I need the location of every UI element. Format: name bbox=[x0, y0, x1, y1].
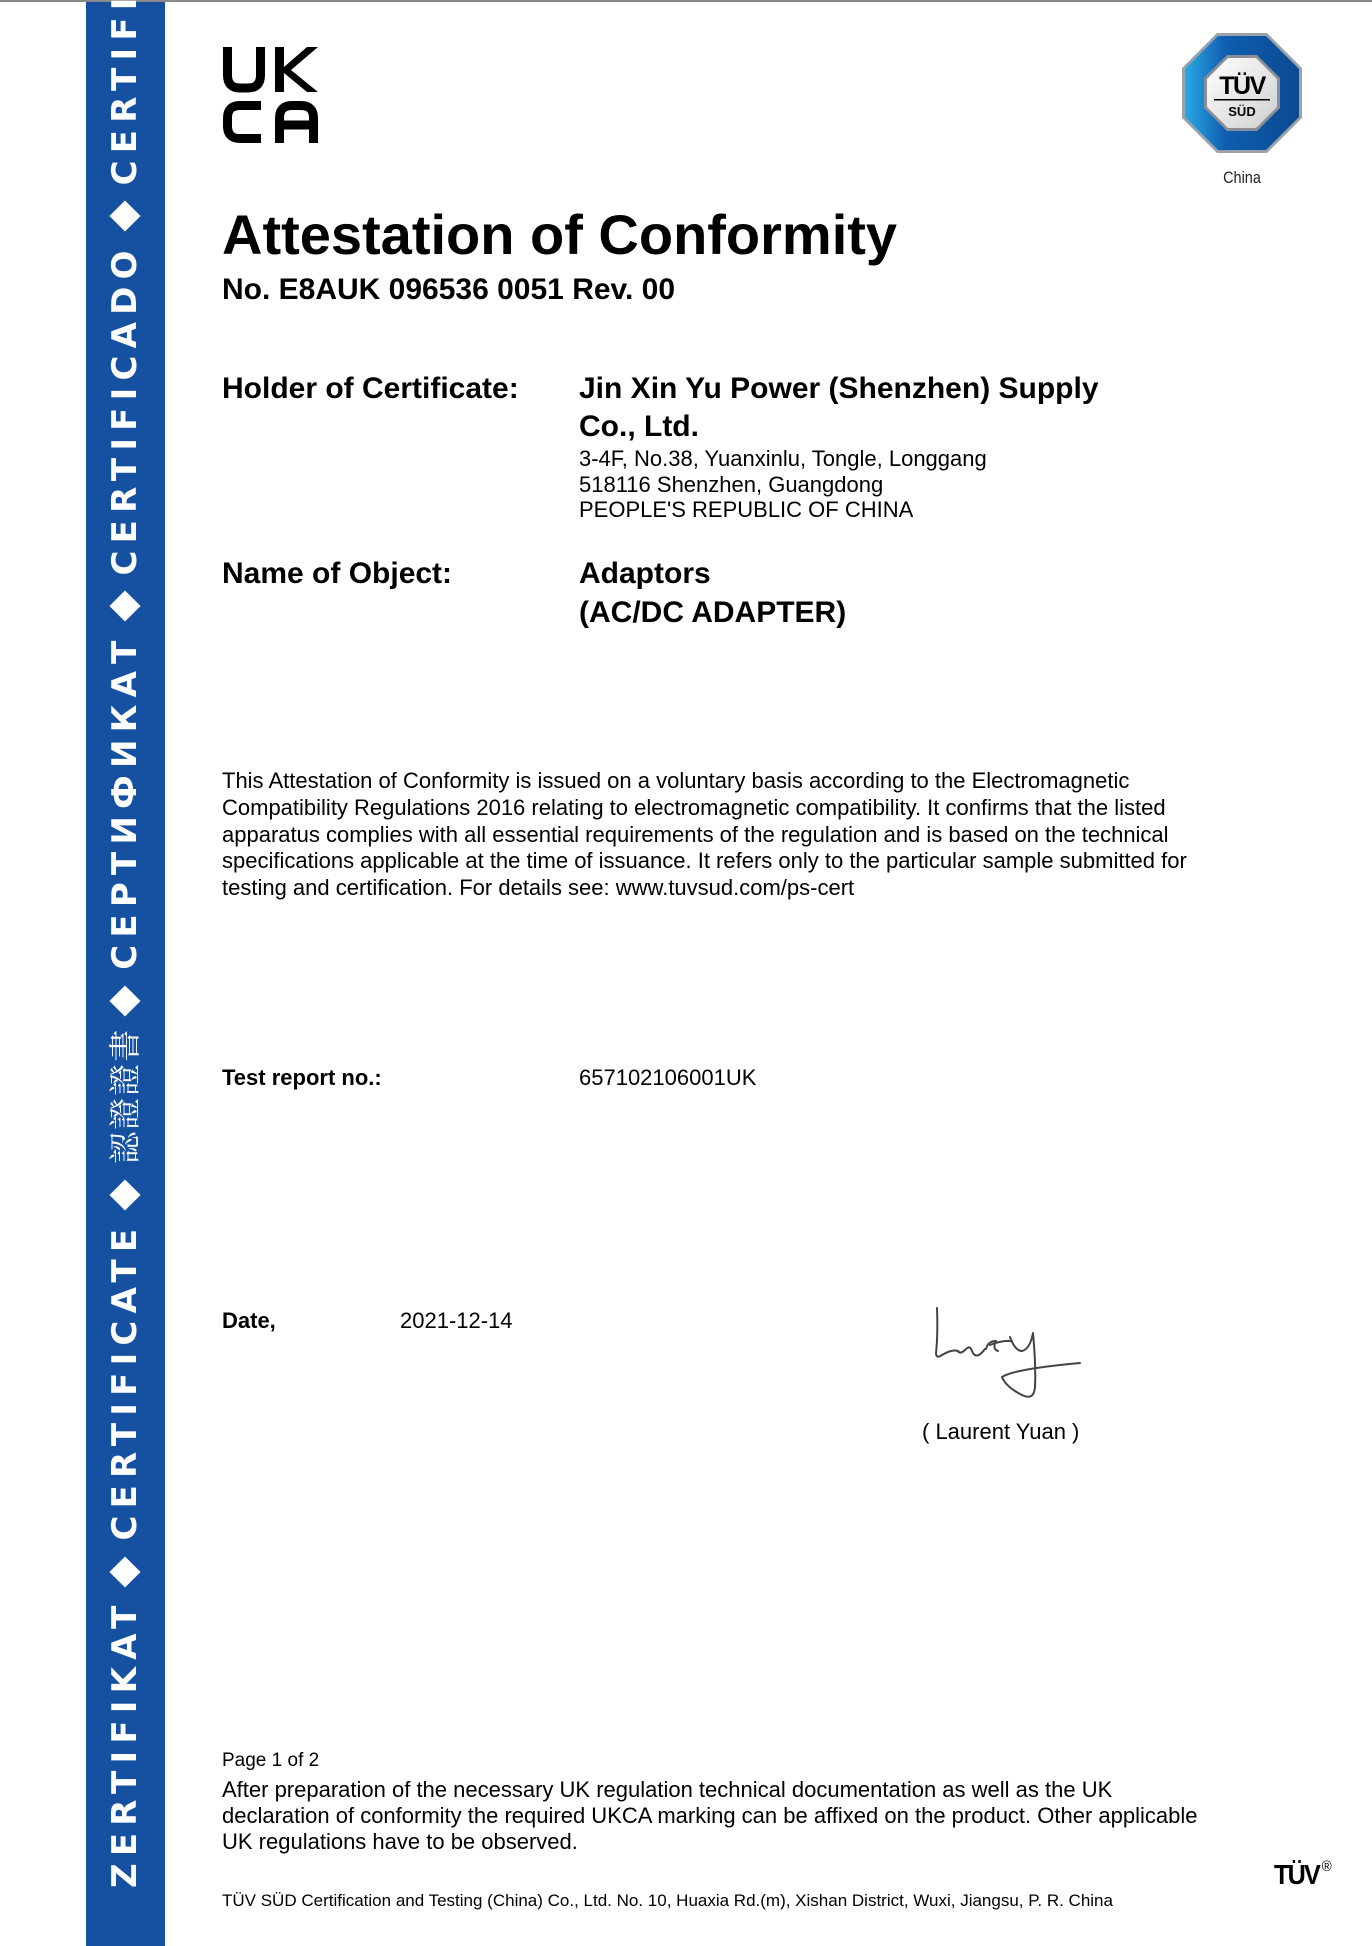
object-name-line2: (AC/DC ADAPTER) bbox=[579, 594, 846, 632]
diamond-icon bbox=[109, 985, 140, 1016]
band-word-russian: СЕРТИФИКАТ bbox=[105, 634, 145, 970]
signatory-name: ( Laurent Yuan ) bbox=[922, 1418, 1079, 1446]
holder-address-line2: 518116 Shenzhen, Guangdong bbox=[579, 472, 883, 498]
tuv-region-label: China bbox=[1206, 168, 1277, 188]
object-name-line1: Adaptors bbox=[579, 555, 711, 593]
date-label: Date, bbox=[222, 1308, 276, 1334]
statement-link-line: testing and certification. For details s… bbox=[222, 875, 1302, 902]
tuv-footer-mark-icon: TÜV® bbox=[1274, 1852, 1332, 1890]
object-label: Name of Object: bbox=[222, 556, 452, 592]
diamond-icon bbox=[109, 1556, 140, 1587]
signature-icon bbox=[930, 1305, 1085, 1405]
test-report-number: 657102106001UK bbox=[579, 1065, 756, 1091]
top-border bbox=[0, 0, 1372, 2]
ukca-marking-note: After preparation of the necessary UK re… bbox=[222, 1777, 1302, 1855]
tuv-sud-logo-icon: TÜV SÜD bbox=[1181, 32, 1303, 154]
conformity-statement: This Attestation of Conformity is issued… bbox=[222, 768, 1302, 902]
issuer-address: TÜV SÜD Certification and Testing (China… bbox=[222, 1890, 1113, 1912]
band-word-certificate: CERTIFICATE bbox=[105, 1222, 145, 1541]
holder-name-line1: Jin Xin Yu Power (Shenzhen) Supply bbox=[579, 370, 1099, 408]
holder-address-line3: PEOPLE'S REPUBLIC OF CHINA bbox=[579, 497, 913, 523]
diamond-icon bbox=[109, 201, 140, 232]
holder-address-line1: 3-4F, No.38, Yuanxinlu, Tongle, Longgang bbox=[579, 446, 987, 472]
diamond-icon bbox=[109, 1179, 140, 1210]
band-word-zertifikat: ZERTIFIKAT bbox=[105, 1599, 145, 1888]
side-band-text: ZERTIFIKATCERTIFICATE認證證書СЕРТИФИКАТCERTI… bbox=[105, 0, 145, 1888]
band-word-chinese: 認證證書 bbox=[106, 1028, 144, 1164]
band-word-certificat: CERTIFICAT bbox=[105, 0, 145, 185]
svg-text:TÜV: TÜV bbox=[1219, 71, 1266, 100]
diamond-icon bbox=[109, 591, 140, 622]
page-number: Page 1 of 2 bbox=[222, 1750, 319, 1772]
svg-text:SÜD: SÜD bbox=[1228, 104, 1255, 119]
test-report-label: Test report no.: bbox=[222, 1065, 382, 1091]
band-word-certificado: CERTIFICADO bbox=[105, 243, 145, 575]
document-title: Attestation of Conformity bbox=[222, 203, 897, 267]
date-value: 2021-12-14 bbox=[400, 1308, 513, 1334]
holder-name-line2: Co., Ltd. bbox=[579, 408, 699, 446]
holder-label: Holder of Certificate: bbox=[222, 371, 519, 407]
ukca-mark-icon bbox=[223, 47, 318, 143]
certificate-number: No. E8AUK 096536 0051 Rev. 00 bbox=[222, 272, 675, 308]
